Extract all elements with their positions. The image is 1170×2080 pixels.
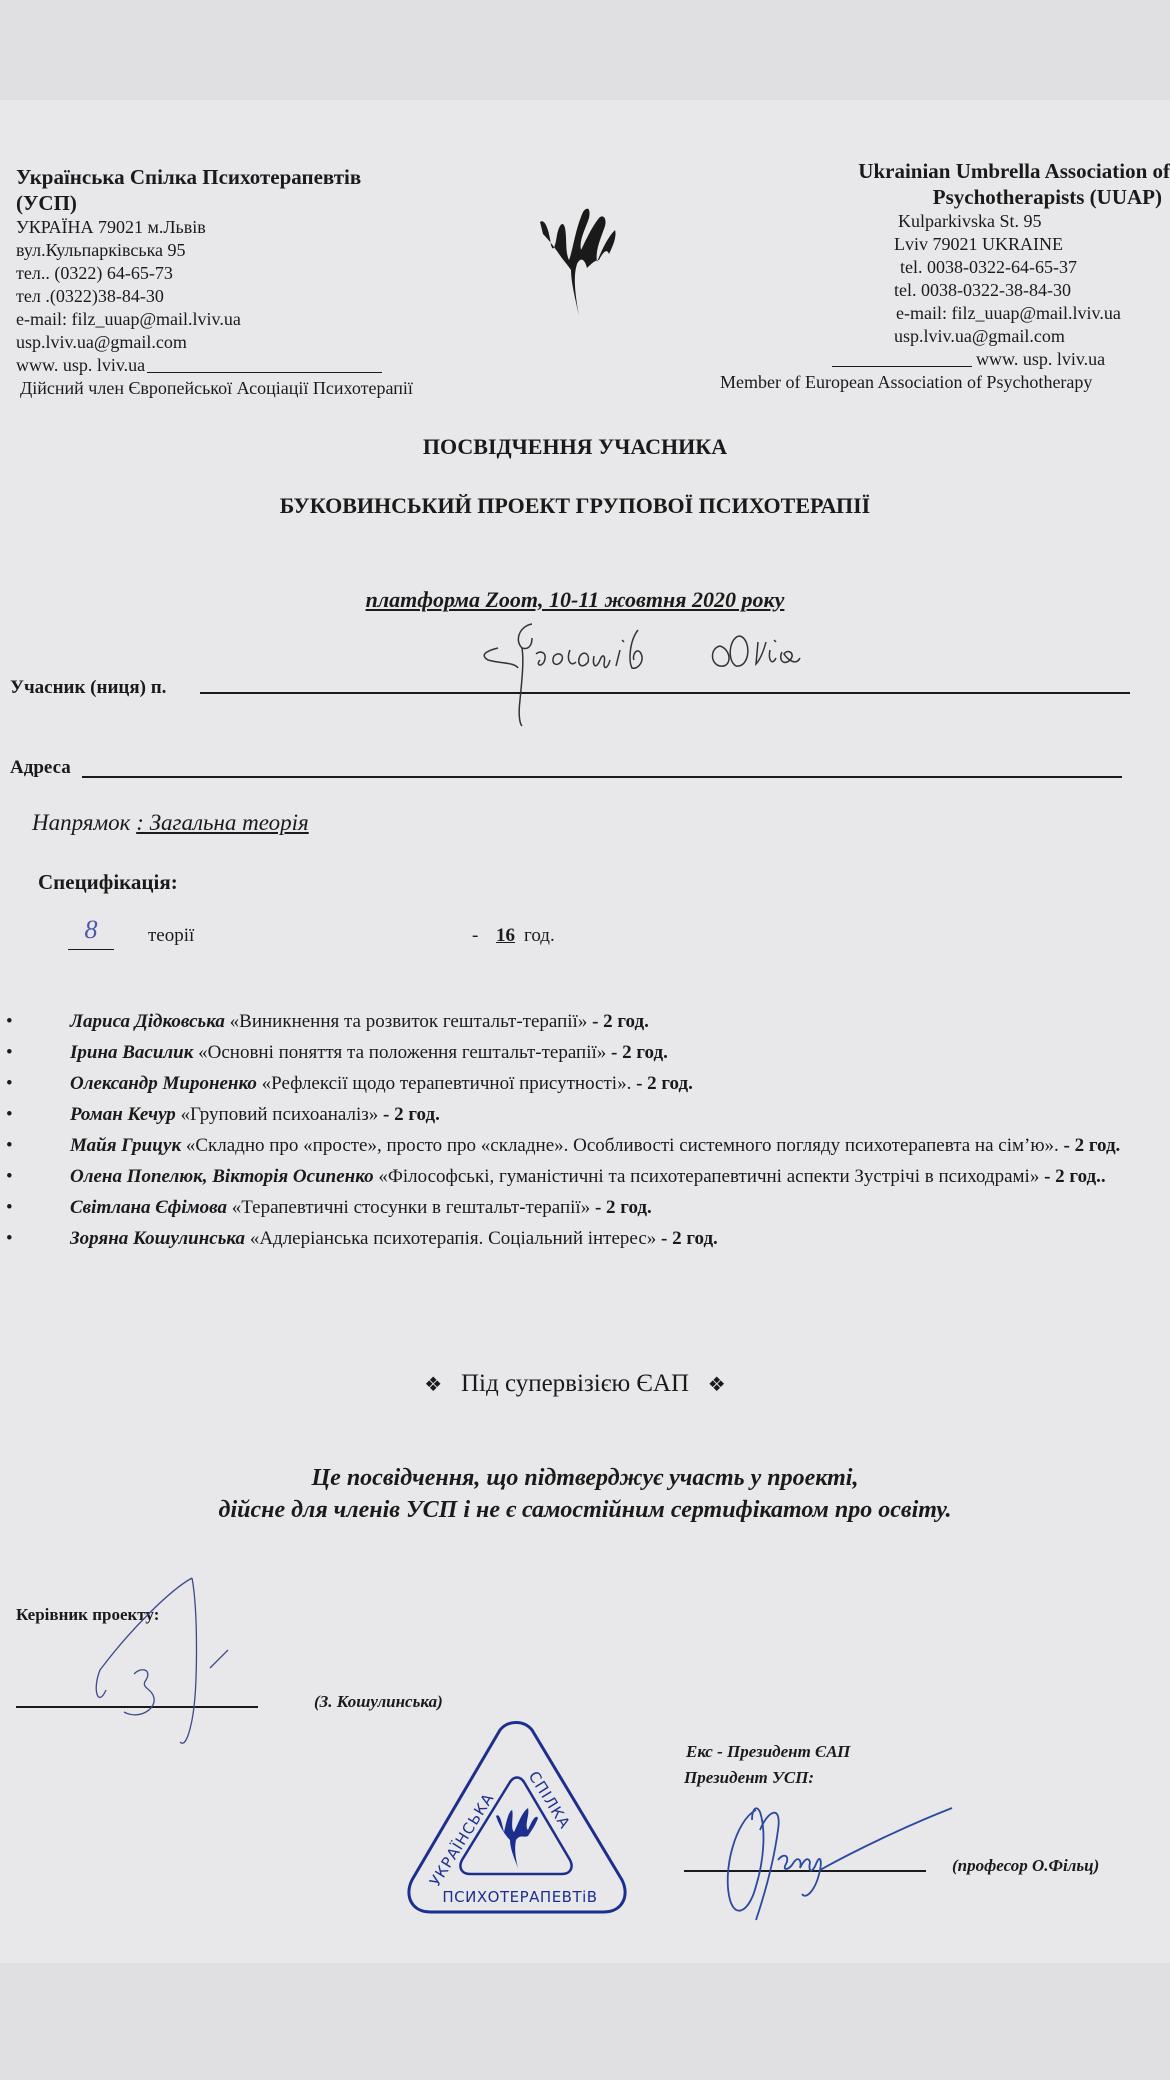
course-title: «Терапевтичні стосунки в гештальт-терапі… xyxy=(232,1197,590,1218)
divider xyxy=(147,372,382,373)
platform-date: платформа Zoom, 10-11 жовтня 2020 року xyxy=(0,587,1150,613)
course-hours: - 2 год. xyxy=(611,1042,668,1063)
course-author: Ірина Василик xyxy=(70,1042,193,1063)
org-name-en-2: Psychotherapists (UUAP) xyxy=(730,184,1170,210)
phone-line-en: tel. 0038-0322-64-65-37 xyxy=(730,256,1170,279)
course-title: «Складно про «просте», просто про «склад… xyxy=(186,1135,1059,1156)
website-text: www. usp. lviv.ua xyxy=(16,354,145,377)
list-item: • Олена Попелюк, Вікторія Осипенко «Філо… xyxy=(0,1161,1170,1192)
bullet-icon: • xyxy=(6,1192,13,1223)
participant-label: Учасник (ниця) п. xyxy=(10,677,166,699)
address-line: вул.Кульпарківська 95 xyxy=(16,239,486,262)
list-item: • Майя Грицук «Складно про «просте», про… xyxy=(0,1130,1170,1161)
direction: Напрямок : Загальна теорія xyxy=(32,810,309,836)
list-item: • Лариса Дідковська «Виникнення та розви… xyxy=(0,1006,1170,1037)
bullet-icon: • xyxy=(6,1130,13,1161)
course-title: «Груповий психоаналіз» xyxy=(181,1104,379,1125)
stamp: УКРАЇНСЬКА СПІЛКА ПСИХОТЕРАПЕВТіВ xyxy=(400,1720,635,1920)
course-hours: - 2 год.. xyxy=(1044,1166,1106,1187)
course-hours: - 2 год. xyxy=(1064,1135,1121,1156)
header-right: Ukrainian Umbrella Association of Psycho… xyxy=(730,158,1170,394)
course-hours: - 2 год. xyxy=(383,1104,440,1125)
specification-type: теорії xyxy=(148,925,194,947)
address-line-input[interactable] xyxy=(82,776,1122,778)
org-name-en-1: Ukrainian Umbrella Association of xyxy=(730,158,1170,184)
president-label-1: Екс - Президент ЄАП xyxy=(686,1742,850,1762)
address-line-en: Lviv 79021 UKRAINE xyxy=(730,233,1170,256)
phone-line: тел.. (0322) 64-65-73 xyxy=(16,262,486,285)
course-hours: - 2 год. xyxy=(592,1011,649,1032)
bullet-icon: • xyxy=(6,1161,13,1192)
specification-label: Специфікація: xyxy=(38,870,178,895)
address-label: Адреса xyxy=(10,757,71,779)
bullet-icon: • xyxy=(6,1037,13,1068)
direction-value: : Загальна теорія xyxy=(136,810,309,835)
email-line-en: e-mail: filz_uuap@mail.lviv.ua xyxy=(730,302,1170,325)
bullet-icon: • xyxy=(6,1006,13,1037)
course-title: «Рефлексії щодо терапевтичної присутност… xyxy=(262,1073,632,1094)
ornament-icon: ❖ xyxy=(708,1374,726,1396)
website-text-en: www. usp. lviv.ua xyxy=(976,348,1105,371)
list-item: • Роман Кечур «Груповий психоаналіз» - 2… xyxy=(0,1099,1170,1130)
direction-label: Напрямок xyxy=(32,810,130,835)
list-item: • Олександр Мироненко «Рефлексії щодо те… xyxy=(0,1068,1170,1099)
supervision-text: Під супервізією ЄАП xyxy=(461,1370,689,1397)
header-left: Українська Спілка Психотерапевтів (УСП) … xyxy=(16,164,486,400)
specification-dash: - xyxy=(472,925,478,947)
course-list: • Лариса Дідковська «Виникнення та розви… xyxy=(0,1006,1170,1254)
list-item: • Світлана Єфімова «Терапевтичні стосунк… xyxy=(0,1192,1170,1223)
email-line: e-mail: filz_uuap@mail.lviv.ua xyxy=(16,308,486,331)
notice-line-2: дійсне для членів УСП і не є самостійним… xyxy=(0,1494,1170,1526)
membership-en: Member of European Association of Psycho… xyxy=(720,371,1170,394)
course-title: «Основні поняття та положення гештальт-т… xyxy=(198,1042,606,1063)
notice: Це посвідчення, що підтверджує участь у … xyxy=(0,1462,1170,1526)
phone-line-en: tel. 0038-0322-38-84-30 xyxy=(730,279,1170,302)
address-line: УКРАЇНА 79021 м.Львів xyxy=(16,216,486,239)
project-title: БУКОВИНСЬКИЙ ПРОЕКТ ГРУПОВОЇ ПСИХОТЕРАПІ… xyxy=(0,493,1150,519)
email-line: usp.lviv.ua@gmail.com xyxy=(16,331,486,354)
bullet-icon: • xyxy=(6,1223,13,1254)
website-line-en: www. usp. lviv.ua xyxy=(730,348,1170,371)
membership-ua: Дійсний член Європейської Асоціації Псих… xyxy=(16,377,486,400)
ornament-icon: ❖ xyxy=(424,1374,442,1396)
course-title: «Адлеріанська психотерапія. Соціальний і… xyxy=(250,1228,656,1249)
course-author: Олена Попелюк, Вікторія Осипенко xyxy=(70,1166,374,1187)
course-title: «Виникнення та розвиток гештальт-терапії… xyxy=(230,1011,588,1032)
participant-handwriting[interactable] xyxy=(470,620,930,730)
list-item: • Ірина Василик «Основні поняття та поло… xyxy=(0,1037,1170,1068)
course-title: «Філософські, гуманістичні та психотерап… xyxy=(378,1166,1039,1187)
president-label-2: Президент УСП: xyxy=(684,1768,814,1788)
usp-logo-icon xyxy=(535,190,655,340)
supervision-line: ❖ Під супервізією ЄАП ❖ xyxy=(0,1370,1150,1398)
list-item: • Зоряна Кошулинська «Адлеріанська психо… xyxy=(0,1223,1170,1254)
course-author: Роман Кечур xyxy=(70,1104,176,1125)
president-name: (професор О.Фільц) xyxy=(952,1856,1099,1876)
course-hours: - 2 год. xyxy=(595,1197,652,1218)
org-name-ua: Українська Спілка Психотерапевтів xyxy=(16,164,486,190)
email-line-en: usp.lviv.ua@gmail.com xyxy=(730,325,1170,348)
stamp-text-bottom: ПСИХОТЕРАПЕВТіВ xyxy=(422,1888,618,1906)
website-line: www. usp. lviv.ua xyxy=(16,354,486,377)
bullet-icon: • xyxy=(6,1099,13,1130)
course-hours: - 2 год. xyxy=(661,1228,718,1249)
course-author: Майя Грицук xyxy=(70,1135,181,1156)
notice-line-1: Це посвідчення, що підтверджує участь у … xyxy=(0,1462,1170,1494)
specification-count: 8 xyxy=(68,915,114,950)
course-author: Світлана Єфімова xyxy=(70,1197,227,1218)
course-author: Лариса Дідковська xyxy=(70,1011,225,1032)
specification-hours: 16 xyxy=(496,925,515,947)
divider xyxy=(832,366,972,367)
phone-line: тел .(0322)38-84-30 xyxy=(16,285,486,308)
course-hours: - 2 год. xyxy=(636,1073,693,1094)
project-lead-name: (З. Кошулинська) xyxy=(314,1692,443,1712)
org-abbr-ua: (УСП) xyxy=(16,190,486,216)
address-line-en: Kulparkivska St. 95 xyxy=(730,210,1170,233)
project-lead-signature xyxy=(80,1570,240,1750)
specification-hours-unit: год. xyxy=(524,925,555,947)
certificate-page: Українська Спілка Психотерапевтів (УСП) … xyxy=(0,100,1170,1963)
president-signature xyxy=(716,1790,976,1930)
course-author: Зоряна Кошулинська xyxy=(70,1228,245,1249)
bullet-icon: • xyxy=(6,1068,13,1099)
course-author: Олександр Мироненко xyxy=(70,1073,257,1094)
document-title: ПОСВІДЧЕННЯ УЧАСНИКА xyxy=(0,434,1150,460)
